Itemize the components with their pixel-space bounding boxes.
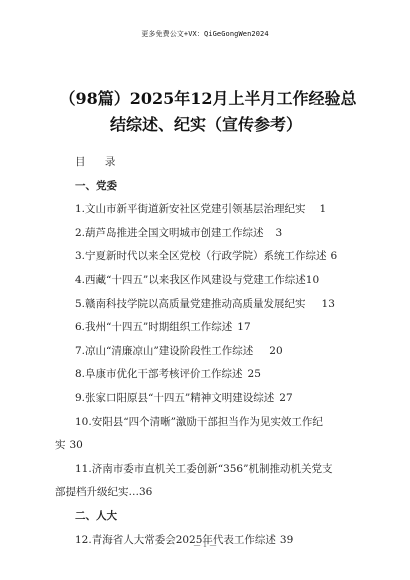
toc-entry-title: 5.赣南科技学院以高质量党建推动高质量发展纪实 [75, 298, 306, 310]
toc-entry[interactable]: 5.赣南科技学院以高质量党建推动高质量发展纪实13 [75, 293, 375, 317]
toc-entry-page: 1 [320, 203, 327, 215]
toc-entry-title-line-2: 实 [55, 439, 66, 451]
toc-entry-wrapped[interactable]: 10.安阳县“四个清晰”激励干部担当作为见实效工作纪 [75, 411, 375, 435]
toc-entry-wrapped[interactable]: 11.济南市委市直机关工委创新“356”机制推动机关党支 [75, 458, 375, 482]
toc-entry-wrapped-continuation[interactable]: 实30 [55, 434, 375, 458]
toc-entry-title-line-2: 部提档升级纪实… [55, 486, 139, 498]
toc-entry-title-line-1: 11.济南市委市直机关工委创新“356”机制推动机关党支 [75, 463, 332, 475]
toc-entry-title: 7.凉山“清廉凉山”建设阶段性工作综述 [75, 345, 253, 357]
toc-entry-page: 27 [279, 392, 292, 404]
document-title: （98篇）2025年12月上半月工作经验总 结综述、纪实（宣传参考） [0, 86, 410, 138]
table-of-contents: 目 录 一、党委 1.文山市新平街道新安社区党建引领基层治理纪实1 2.葫芦岛推… [75, 151, 375, 552]
toc-entry-page: 30 [70, 439, 83, 451]
toc-entry[interactable]: 3.宁夏新时代以来全区党校（行政学院）系统工作综述6 [75, 245, 375, 269]
title-line-2: 结综述、纪实（宣传参考） [0, 112, 410, 138]
toc-entry-page: 13 [322, 298, 335, 310]
toc-entry-title: 4.西藏“十四五”以来我区作风建设与党建工作综述 [75, 274, 306, 286]
toc-entry-title-line-1: 10.安阳县“四个清晰”激励干部担当作为见实效工作纪 [75, 416, 323, 428]
toc-entry[interactable]: 8.阜康市优化干部考核评价工作综述25 [75, 363, 375, 387]
toc-entry[interactable]: 7.凉山“清廉凉山”建设阶段性工作综述20 [75, 340, 375, 364]
toc-entry[interactable]: 2.葫芦岛推进全国文明城市创建工作综述3 [75, 222, 375, 246]
toc-entry-title: 6.我州“十四五”时期组织工作综述 [75, 321, 232, 333]
toc-heading: 目 录 [75, 151, 375, 175]
toc-section-party-committee: 一、党委 [75, 175, 375, 199]
toc-entry-page: 20 [269, 345, 282, 357]
toc-entry-page: 6 [331, 250, 338, 262]
page-number: — 1 — [0, 541, 410, 549]
header-watermark-note: 更多免费公文+VX：QiGeGongWen2024 [0, 29, 410, 39]
toc-entry-title: 3.宁夏新时代以来全区党校（行政学院）系统工作综述 [75, 250, 327, 262]
toc-entry-page: 3 [276, 227, 283, 239]
toc-entry-page: 17 [237, 321, 250, 333]
toc-section-peoples-congress: 二、人大 [75, 505, 375, 529]
toc-entry-page: 36 [139, 486, 152, 498]
toc-entry-page: 10 [306, 274, 319, 286]
toc-entry-title: 9.张家口阳原县“十四五”精神文明建设综述 [75, 392, 274, 404]
toc-entry-title: 8.阜康市优化干部考核评价工作综述 [75, 368, 243, 380]
toc-entry[interactable]: 4.西藏“十四五”以来我区作风建设与党建工作综述10 [75, 269, 375, 293]
toc-entry-title: 2.葫芦岛推进全国文明城市创建工作综述 [75, 227, 264, 239]
toc-entry-title: 1.文山市新平街道新安社区党建引领基层治理纪实 [75, 203, 306, 215]
toc-entry[interactable]: 1.文山市新平街道新安社区党建引领基层治理纪实1 [75, 198, 375, 222]
toc-entry[interactable]: 6.我州“十四五”时期组织工作综述17 [75, 316, 375, 340]
title-line-1: （98篇）2025年12月上半月工作经验总 [0, 86, 410, 112]
toc-entry-wrapped-continuation[interactable]: 部提档升级纪实…36 [55, 481, 375, 505]
toc-entry[interactable]: 9.张家口阳原县“十四五”精神文明建设综述27 [75, 387, 375, 411]
toc-entry-page: 25 [248, 368, 261, 380]
